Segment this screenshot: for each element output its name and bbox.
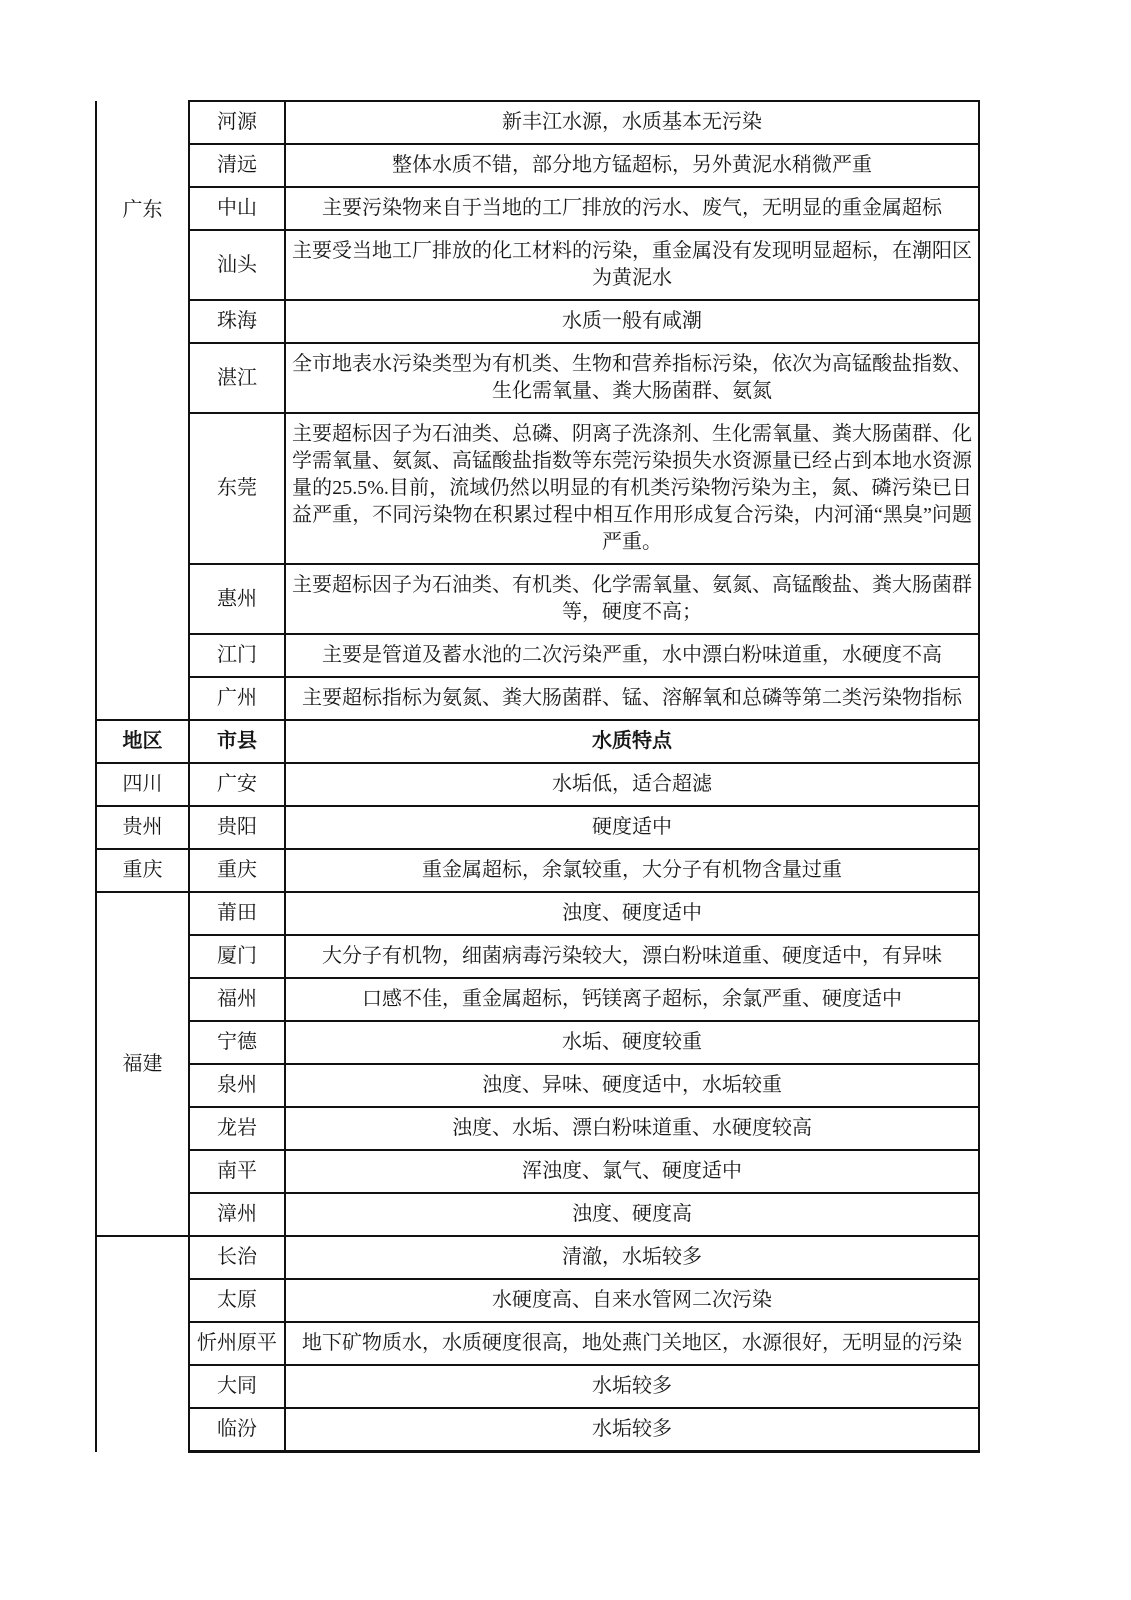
city-label: 厦门 [217, 945, 257, 967]
city-cell: 汕头 [189, 230, 285, 300]
city-cell: 清远 [189, 144, 285, 187]
table-row: 惠州主要超标因子为石油类、有机类、化学需氧量、氨氮、高锰酸盐、粪大肠菌群等，硬度… [96, 564, 979, 634]
water-quality-table: 广东河源新丰江水源，水质基本无污染清远整体水质不错，部分地方锰超标，另外黄泥水稍… [95, 100, 980, 1453]
city-cell: 贵阳 [189, 806, 285, 849]
feature-cell: 全市地表水污染类型为有机类、生物和营养指标污染，依次为高锰酸盐指数、生化需氧量、… [285, 343, 979, 413]
table-row: 清远整体水质不错，部分地方锰超标，另外黄泥水稍微严重 [96, 144, 979, 187]
feature-cell: 水垢、硬度较重 [285, 1021, 979, 1064]
city-label: 忻州原平 [197, 1332, 277, 1354]
region-label: 贵州 [123, 814, 163, 841]
table-row: 忻州原平地下矿物质水，水质硬度很高，地处燕门关地区，水源很好，无明显的污染 [96, 1322, 979, 1365]
city-label: 东莞 [217, 477, 257, 499]
city-label: 清远 [217, 154, 257, 176]
feature-text: 地下矿物质水，水质硬度很高，地处燕门关地区，水源很好，无明显的污染 [302, 1332, 962, 1354]
city-cell: 江门 [189, 634, 285, 677]
feature-text: 主要超标指标为氨氮、粪大肠菌群、锰、溶解氧和总磷等第二类污染物指标 [302, 687, 962, 709]
feature-text: 水质一般有咸潮 [562, 310, 702, 332]
feature-text: 整体水质不错，部分地方锰超标，另外黄泥水稍微严重 [392, 154, 872, 176]
feature-cell: 水质一般有咸潮 [285, 300, 979, 343]
feature-text: 水垢、硬度较重 [562, 1031, 702, 1053]
feature-cell: 大分子有机物，细菌病毒污染较大，漂白粉味道重、硬度适中，有异味 [285, 935, 979, 978]
region-cell [96, 1236, 189, 1452]
city-cell: 湛江 [189, 343, 285, 413]
city-label: 中山 [217, 197, 257, 219]
table-row: 福州口感不佳，重金属超标，钙镁离子超标，余氯严重、硬度适中 [96, 978, 979, 1021]
feature-cell: 水垢较多 [285, 1408, 979, 1452]
city-cell: 泉州 [189, 1064, 285, 1107]
city-cell: 福州 [189, 978, 285, 1021]
feature-text: 口感不佳，重金属超标，钙镁离子超标，余氯严重、硬度适中 [362, 988, 902, 1010]
city-label: 长治 [217, 1246, 257, 1268]
feature-text: 水垢较多 [592, 1375, 672, 1397]
city-label: 湛江 [217, 367, 257, 389]
feature-text: 清澈，水垢较多 [562, 1246, 702, 1268]
city-label: 大同 [217, 1375, 257, 1397]
table-row: 中山主要污染物来自于当地的工厂排放的污水、废气，无明显的重金属超标 [96, 187, 979, 230]
city-cell: 大同 [189, 1365, 285, 1408]
region-label: 广东 [97, 197, 188, 224]
city-cell: 莆田 [189, 892, 285, 935]
city-label: 临汾 [217, 1418, 257, 1440]
city-label: 贵阳 [217, 816, 257, 838]
city-cell: 长治 [189, 1236, 285, 1279]
feature-text: 浊度、异味、硬度适中，水垢较重 [482, 1074, 782, 1096]
feature-cell: 浊度、水垢、漂白粉味道重、水硬度较高 [285, 1107, 979, 1150]
feature-cell: 主要超标指标为氨氮、粪大肠菌群、锰、溶解氧和总磷等第二类污染物指标 [285, 677, 979, 720]
feature-cell: 重金属超标，余氯较重，大分子有机物含量过重 [285, 849, 979, 892]
feature-text: 浊度、水垢、漂白粉味道重、水硬度较高 [452, 1117, 812, 1139]
feature-cell: 水垢低，适合超滤 [285, 763, 979, 806]
city-cell: 广州 [189, 677, 285, 720]
feature-cell: 主要超标因子为石油类、总磷、阴离子洗涤剂、生化需氧量、粪大肠菌群、化学需氧量、氨… [285, 413, 979, 564]
feature-cell: 主要受当地工厂排放的化工材料的污染，重金属没有发现明显超标，在潮阳区为黄泥水 [285, 230, 979, 300]
region-cell: 重庆 [96, 849, 189, 892]
city-cell: 东莞 [189, 413, 285, 564]
city-cell: 龙岩 [189, 1107, 285, 1150]
city-label: 河源 [217, 111, 257, 133]
document-page: 广东河源新丰江水源，水质基本无污染清远整体水质不错，部分地方锰超标，另外黄泥水稍… [0, 0, 1131, 1600]
table-row: 四川广安水垢低，适合超滤 [96, 763, 979, 806]
city-label: 广安 [217, 773, 257, 795]
feature-cell: 硬度适中 [285, 806, 979, 849]
header-feature-cell: 水质特点 [285, 720, 979, 763]
city-label: 莆田 [217, 902, 257, 924]
city-label: 泉州 [217, 1074, 257, 1096]
header-row: 地区市县水质特点 [96, 720, 979, 763]
feature-text: 主要污染物来自于当地的工厂排放的污水、废气，无明显的重金属超标 [322, 197, 942, 219]
header-feature-cell-label: 水质特点 [592, 730, 672, 752]
feature-cell: 新丰江水源，水质基本无污染 [285, 101, 979, 144]
city-label: 汕头 [217, 254, 257, 276]
table-row: 宁德水垢、硬度较重 [96, 1021, 979, 1064]
city-label: 龙岩 [217, 1117, 257, 1139]
feature-text: 浊度、硬度高 [572, 1203, 692, 1225]
table-row: 广州主要超标指标为氨氮、粪大肠菌群、锰、溶解氧和总磷等第二类污染物指标 [96, 677, 979, 720]
table-row: 汕头主要受当地工厂排放的化工材料的污染，重金属没有发现明显超标，在潮阳区为黄泥水 [96, 230, 979, 300]
feature-text: 浊度、硬度适中 [562, 902, 702, 924]
feature-cell: 主要是管道及蓄水池的二次污染严重，水中漂白粉味道重，水硬度不高 [285, 634, 979, 677]
feature-cell: 水垢较多 [285, 1365, 979, 1408]
table-row: 广东河源新丰江水源，水质基本无污染 [96, 101, 979, 144]
table-row: 江门主要是管道及蓄水池的二次污染严重，水中漂白粉味道重，水硬度不高 [96, 634, 979, 677]
region-cell: 贵州 [96, 806, 189, 849]
table-row: 重庆重庆重金属超标，余氯较重，大分子有机物含量过重 [96, 849, 979, 892]
table-row: 长治清澈，水垢较多 [96, 1236, 979, 1279]
city-cell: 忻州原平 [189, 1322, 285, 1365]
feature-cell: 清澈，水垢较多 [285, 1236, 979, 1279]
feature-text: 全市地表水污染类型为有机类、生物和营养指标污染，依次为高锰酸盐指数、生化需氧量、… [292, 353, 972, 402]
feature-text: 水垢低，适合超滤 [552, 773, 712, 795]
table-row: 大同水垢较多 [96, 1365, 979, 1408]
feature-text: 重金属超标，余氯较重，大分子有机物含量过重 [422, 859, 842, 881]
table-row: 南平浑浊度、氯气、硬度适中 [96, 1150, 979, 1193]
region-cell: 福建 [96, 892, 189, 1236]
feature-cell: 浊度、硬度高 [285, 1193, 979, 1236]
table-row: 湛江全市地表水污染类型为有机类、生物和营养指标污染，依次为高锰酸盐指数、生化需氧… [96, 343, 979, 413]
region-label: 四川 [123, 771, 163, 798]
city-label: 南平 [217, 1160, 257, 1182]
feature-cell: 浑浊度、氯气、硬度适中 [285, 1150, 979, 1193]
header-region-cell: 地区 [96, 720, 189, 763]
table-row: 临汾水垢较多 [96, 1408, 979, 1452]
feature-text: 主要超标因子为石油类、总磷、阴离子洗涤剂、生化需氧量、粪大肠菌群、化学需氧量、氨… [292, 423, 972, 553]
region-cell: 四川 [96, 763, 189, 806]
feature-text: 新丰江水源，水质基本无污染 [502, 111, 762, 133]
city-cell: 河源 [189, 101, 285, 144]
table-row: 太原水硬度高、自来水管网二次污染 [96, 1279, 979, 1322]
city-label: 江门 [217, 644, 257, 666]
city-label: 太原 [217, 1289, 257, 1311]
feature-cell: 口感不佳，重金属超标，钙镁离子超标，余氯严重、硬度适中 [285, 978, 979, 1021]
city-label: 宁德 [217, 1031, 257, 1053]
feature-text: 主要受当地工厂排放的化工材料的污染，重金属没有发现明显超标，在潮阳区为黄泥水 [292, 240, 972, 289]
table-row: 厦门大分子有机物，细菌病毒污染较大，漂白粉味道重、硬度适中，有异味 [96, 935, 979, 978]
city-cell: 中山 [189, 187, 285, 230]
feature-cell: 主要超标因子为石油类、有机类、化学需氧量、氨氮、高锰酸盐、粪大肠菌群等，硬度不高… [285, 564, 979, 634]
city-cell: 厦门 [189, 935, 285, 978]
table-row: 泉州浊度、异味、硬度适中，水垢较重 [96, 1064, 979, 1107]
city-cell: 惠州 [189, 564, 285, 634]
city-cell: 珠海 [189, 300, 285, 343]
feature-cell: 浊度、硬度适中 [285, 892, 979, 935]
feature-cell: 整体水质不错，部分地方锰超标，另外黄泥水稍微严重 [285, 144, 979, 187]
city-label: 惠州 [217, 588, 257, 610]
city-label: 福州 [217, 988, 257, 1010]
city-label: 漳州 [217, 1203, 257, 1225]
header-city-cell: 市县 [189, 720, 285, 763]
feature-cell: 主要污染物来自于当地的工厂排放的污水、废气，无明显的重金属超标 [285, 187, 979, 230]
table-row: 漳州浊度、硬度高 [96, 1193, 979, 1236]
feature-cell: 地下矿物质水，水质硬度很高，地处燕门关地区，水源很好，无明显的污染 [285, 1322, 979, 1365]
feature-text: 大分子有机物，细菌病毒污染较大，漂白粉味道重、硬度适中，有异味 [322, 945, 942, 967]
table-row: 东莞主要超标因子为石油类、总磷、阴离子洗涤剂、生化需氧量、粪大肠菌群、化学需氧量… [96, 413, 979, 564]
feature-cell: 浊度、异味、硬度适中，水垢较重 [285, 1064, 979, 1107]
city-cell: 南平 [189, 1150, 285, 1193]
feature-text: 硬度适中 [592, 816, 672, 838]
city-cell: 重庆 [189, 849, 285, 892]
feature-text: 水硬度高、自来水管网二次污染 [492, 1289, 772, 1311]
region-cell: 广东 [96, 101, 189, 720]
table-row: 贵州贵阳硬度适中 [96, 806, 979, 849]
table-row: 福建莆田浊度、硬度适中 [96, 892, 979, 935]
feature-cell: 水硬度高、自来水管网二次污染 [285, 1279, 979, 1322]
city-cell: 漳州 [189, 1193, 285, 1236]
city-cell: 宁德 [189, 1021, 285, 1064]
table-row: 珠海水质一般有咸潮 [96, 300, 979, 343]
region-label: 重庆 [123, 857, 163, 884]
table-row: 龙岩浊度、水垢、漂白粉味道重、水硬度较高 [96, 1107, 979, 1150]
city-cell: 广安 [189, 763, 285, 806]
city-cell: 临汾 [189, 1408, 285, 1452]
region-label: 福建 [123, 1051, 163, 1078]
header-city-cell-label: 市县 [217, 730, 257, 752]
city-label: 重庆 [217, 859, 257, 881]
feature-text: 主要是管道及蓄水池的二次污染严重，水中漂白粉味道重，水硬度不高 [322, 644, 942, 666]
feature-text: 水垢较多 [592, 1418, 672, 1440]
table-body: 广东河源新丰江水源，水质基本无污染清远整体水质不错，部分地方锰超标，另外黄泥水稍… [96, 101, 979, 1452]
city-label: 广州 [217, 687, 257, 709]
feature-text: 主要超标因子为石油类、有机类、化学需氧量、氨氮、高锰酸盐、粪大肠菌群等，硬度不高… [292, 574, 972, 623]
city-cell: 太原 [189, 1279, 285, 1322]
feature-text: 浑浊度、氯气、硬度适中 [522, 1160, 742, 1182]
city-label: 珠海 [217, 310, 257, 332]
header-region-cell-label: 地区 [123, 730, 163, 752]
